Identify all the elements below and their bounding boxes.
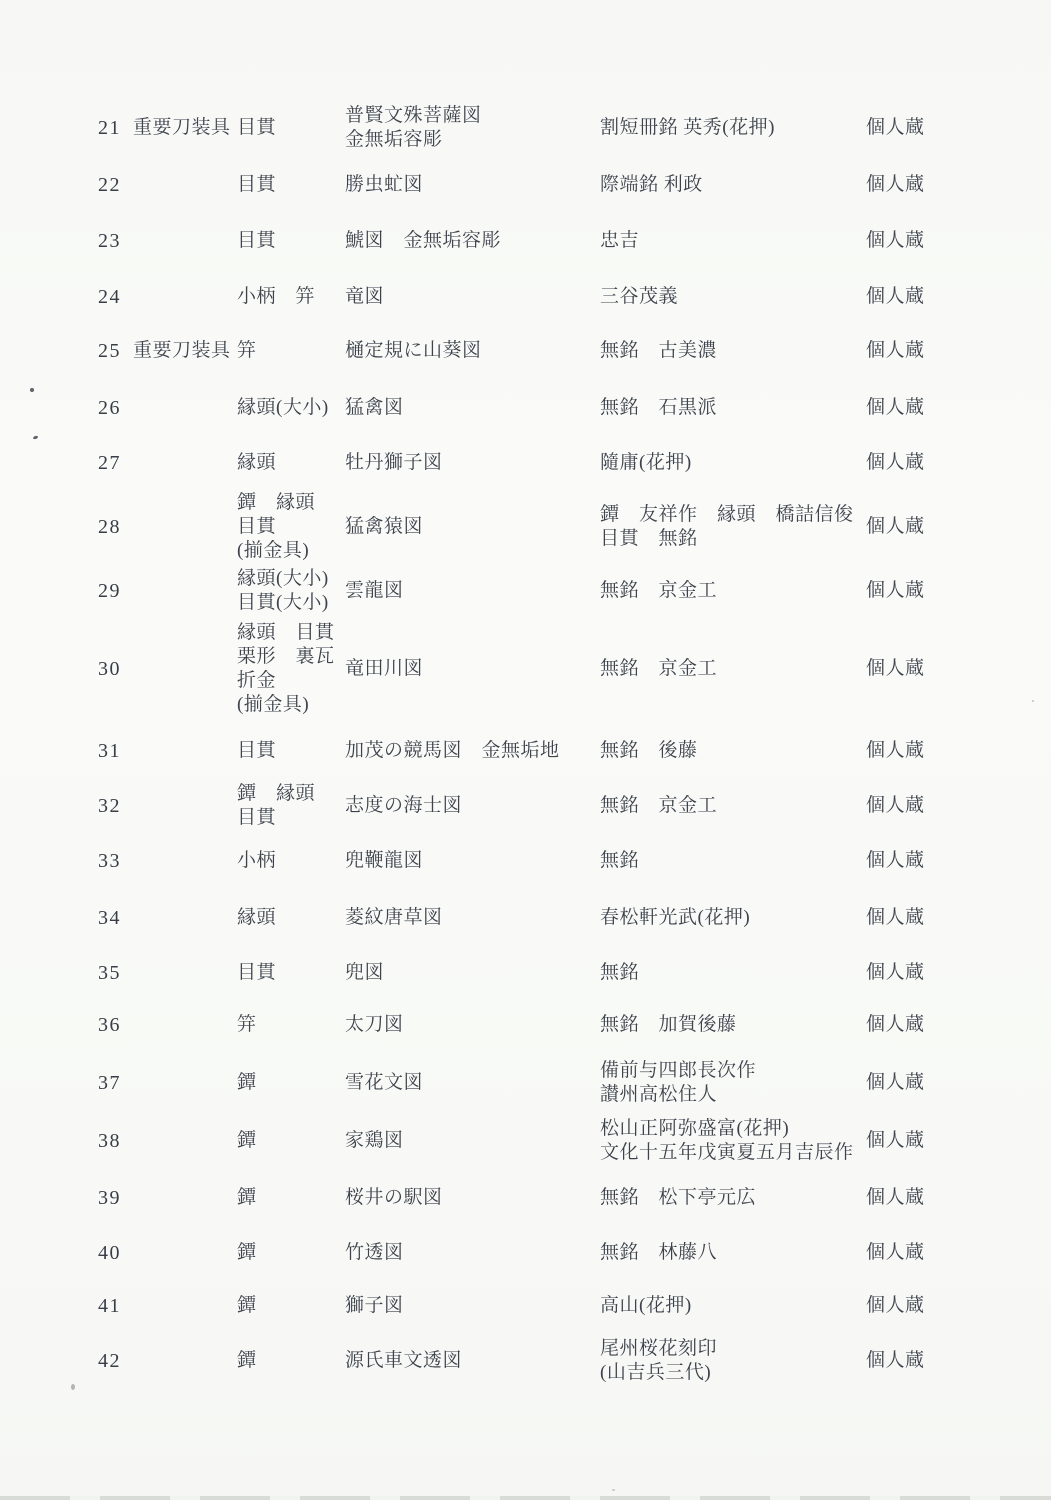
scan-speck bbox=[1032, 700, 1034, 702]
cell-design: 志度の海士図 bbox=[345, 794, 462, 818]
cell-type: 縁頭 bbox=[237, 906, 276, 930]
cell-number: 33 bbox=[98, 849, 121, 873]
cell-design: 竹透図 bbox=[345, 1241, 404, 1265]
cell-design: 加茂の競馬図 金無垢地 bbox=[345, 739, 560, 763]
cell-signature: 無銘 京金工 bbox=[600, 579, 717, 603]
cell-owner: 個人蔵 bbox=[866, 794, 925, 818]
cell-type: 鐔 bbox=[237, 1186, 257, 1210]
cell-owner: 個人蔵 bbox=[866, 396, 925, 420]
scan-speck bbox=[30, 388, 34, 392]
cell-design: 雪花文図 bbox=[345, 1071, 423, 1095]
cell-number: 24 bbox=[98, 285, 121, 309]
cell-number: 40 bbox=[98, 1241, 121, 1265]
cell-number: 42 bbox=[98, 1349, 121, 1373]
cell-signature: 忠吉 bbox=[600, 229, 639, 253]
cell-number: 21 bbox=[98, 116, 121, 140]
cell-number: 27 bbox=[98, 451, 121, 475]
cell-type: 笄 bbox=[237, 1013, 257, 1037]
cell-owner: 個人蔵 bbox=[866, 515, 925, 539]
cell-type: 鐔 bbox=[237, 1241, 257, 1265]
cell-type: 目貫 bbox=[237, 229, 276, 253]
cell-signature: 無銘 bbox=[600, 849, 639, 873]
cell-design: 竜図 bbox=[345, 285, 384, 309]
cell-owner: 個人蔵 bbox=[866, 1129, 925, 1153]
cell-signature: 無銘 古美濃 bbox=[600, 339, 717, 363]
cell-design: 源氏車文透図 bbox=[345, 1349, 462, 1373]
cell-number: 30 bbox=[98, 657, 121, 681]
cell-number: 31 bbox=[98, 739, 121, 763]
cell-number: 25 bbox=[98, 339, 121, 363]
cell-design: 雲龍図 bbox=[345, 579, 404, 603]
cell-design: 兜図 bbox=[345, 961, 384, 985]
cell-number: 28 bbox=[98, 515, 121, 539]
cell-owner: 個人蔵 bbox=[866, 961, 925, 985]
cell-design: 獅子図 bbox=[345, 1294, 404, 1318]
scanned-page: 21 重要刀装具 目貫 普賢文殊菩薩図 金無垢容彫 割短冊銘 英秀(花押) 個人… bbox=[0, 0, 1051, 1500]
cell-number: 36 bbox=[98, 1013, 121, 1037]
cell-type: 笄 bbox=[237, 339, 257, 363]
cell-type: 鐔 縁頭 目貫 (揃金具) bbox=[237, 491, 315, 563]
cell-designation: 重要刀装具 bbox=[133, 116, 231, 140]
cell-type: 目貫 bbox=[237, 116, 276, 140]
cell-type: 小柄 bbox=[237, 849, 276, 873]
cell-owner: 個人蔵 bbox=[866, 849, 925, 873]
cell-signature: 際端銘 利政 bbox=[600, 173, 703, 197]
cell-owner: 個人蔵 bbox=[866, 1186, 925, 1210]
cell-type: 鐔 bbox=[237, 1129, 257, 1153]
cell-design: 猛禽図 bbox=[345, 396, 404, 420]
cell-signature: 無銘 加賀後藤 bbox=[600, 1013, 737, 1037]
cell-signature: 無銘 林藤八 bbox=[600, 1241, 717, 1265]
cell-number: 32 bbox=[98, 794, 121, 818]
cell-type: 鐔 bbox=[237, 1071, 257, 1095]
scan-speck bbox=[71, 1384, 75, 1390]
cell-owner: 個人蔵 bbox=[866, 1071, 925, 1095]
cell-number: 39 bbox=[98, 1186, 121, 1210]
scan-speck bbox=[33, 435, 39, 440]
cell-number: 37 bbox=[98, 1071, 121, 1095]
cell-owner: 個人蔵 bbox=[866, 339, 925, 363]
cell-type: 目貫 bbox=[237, 961, 276, 985]
cell-type: 目貫 bbox=[237, 739, 276, 763]
cell-signature: 無銘 京金工 bbox=[600, 657, 717, 681]
cell-owner: 個人蔵 bbox=[866, 1013, 925, 1037]
cell-signature: 隨庸(花押) bbox=[600, 451, 692, 475]
cell-signature: 無銘 松下亭元広 bbox=[600, 1186, 756, 1210]
cell-owner: 個人蔵 bbox=[866, 1294, 925, 1318]
cell-signature: 高山(花押) bbox=[600, 1294, 692, 1318]
cell-design: 牡丹獅子図 bbox=[345, 451, 443, 475]
cell-owner: 個人蔵 bbox=[866, 906, 925, 930]
cell-signature: 鐔 友祥作 縁頭 橋詰信俊 目貫 無銘 bbox=[600, 503, 854, 551]
cell-signature: 松山正阿弥盛富(花押) 文化十五年戊寅夏五月吉辰作 bbox=[600, 1117, 854, 1165]
cell-type: 鐔 bbox=[237, 1349, 257, 1373]
cell-owner: 個人蔵 bbox=[866, 657, 925, 681]
scan-bottom-edge bbox=[0, 1496, 1051, 1500]
cell-signature: 三谷茂義 bbox=[600, 285, 678, 309]
cell-type: 縁頭 目貫 栗形 裏瓦 折金 (揃金具) bbox=[237, 621, 335, 717]
cell-signature: 尾州桜花刻印 (山吉兵三代) bbox=[600, 1337, 717, 1385]
cell-number: 41 bbox=[98, 1294, 121, 1318]
cell-owner: 個人蔵 bbox=[866, 173, 925, 197]
cell-owner: 個人蔵 bbox=[866, 579, 925, 603]
cell-design: 兜鞭龍図 bbox=[345, 849, 423, 873]
cell-designation: 重要刀装具 bbox=[133, 339, 231, 363]
cell-signature: 無銘 京金工 bbox=[600, 794, 717, 818]
cell-design: 普賢文殊菩薩図 金無垢容彫 bbox=[345, 104, 482, 152]
cell-owner: 個人蔵 bbox=[866, 116, 925, 140]
cell-design: 樋定規に山葵図 bbox=[345, 339, 482, 363]
cell-owner: 個人蔵 bbox=[866, 739, 925, 763]
scan-speck bbox=[612, 1489, 615, 1491]
cell-type: 縁頭(大小) bbox=[237, 396, 329, 420]
cell-number: 34 bbox=[98, 906, 121, 930]
cell-design: 鯱図 金無垢容彫 bbox=[345, 229, 501, 253]
cell-design: 竜田川図 bbox=[345, 657, 423, 681]
cell-type: 小柄 笄 bbox=[237, 285, 315, 309]
cell-design: 家鶏図 bbox=[345, 1129, 404, 1153]
cell-number: 23 bbox=[98, 229, 121, 253]
cell-owner: 個人蔵 bbox=[866, 1241, 925, 1265]
cell-design: 菱紋唐草図 bbox=[345, 906, 443, 930]
cell-type: 鐔 bbox=[237, 1294, 257, 1318]
cell-signature: 割短冊銘 英秀(花押) bbox=[600, 116, 775, 140]
cell-type: 縁頭(大小) 目貫(大小) bbox=[237, 567, 329, 615]
cell-design: 猛禽猿図 bbox=[345, 515, 423, 539]
cell-type: 鐔 縁頭 目貫 bbox=[237, 782, 315, 830]
cell-design: 太刀図 bbox=[345, 1013, 404, 1037]
cell-signature: 無銘 bbox=[600, 961, 639, 985]
cell-signature: 無銘 後藤 bbox=[600, 739, 698, 763]
cell-number: 38 bbox=[98, 1129, 121, 1153]
cell-owner: 個人蔵 bbox=[866, 229, 925, 253]
cell-signature: 備前与四郎長次作 讃州高松住人 bbox=[600, 1059, 756, 1107]
cell-number: 26 bbox=[98, 396, 121, 420]
cell-owner: 個人蔵 bbox=[866, 285, 925, 309]
cell-design: 勝虫虻図 bbox=[345, 173, 423, 197]
cell-type: 目貫 bbox=[237, 173, 276, 197]
cell-design: 桜井の駅図 bbox=[345, 1186, 443, 1210]
cell-signature: 春松軒光武(花押) bbox=[600, 906, 750, 930]
cell-number: 35 bbox=[98, 961, 121, 985]
cell-type: 縁頭 bbox=[237, 451, 276, 475]
cell-number: 29 bbox=[98, 579, 121, 603]
cell-number: 22 bbox=[98, 173, 121, 197]
cell-owner: 個人蔵 bbox=[866, 451, 925, 475]
cell-signature: 無銘 石黒派 bbox=[600, 396, 717, 420]
cell-owner: 個人蔵 bbox=[866, 1349, 925, 1373]
